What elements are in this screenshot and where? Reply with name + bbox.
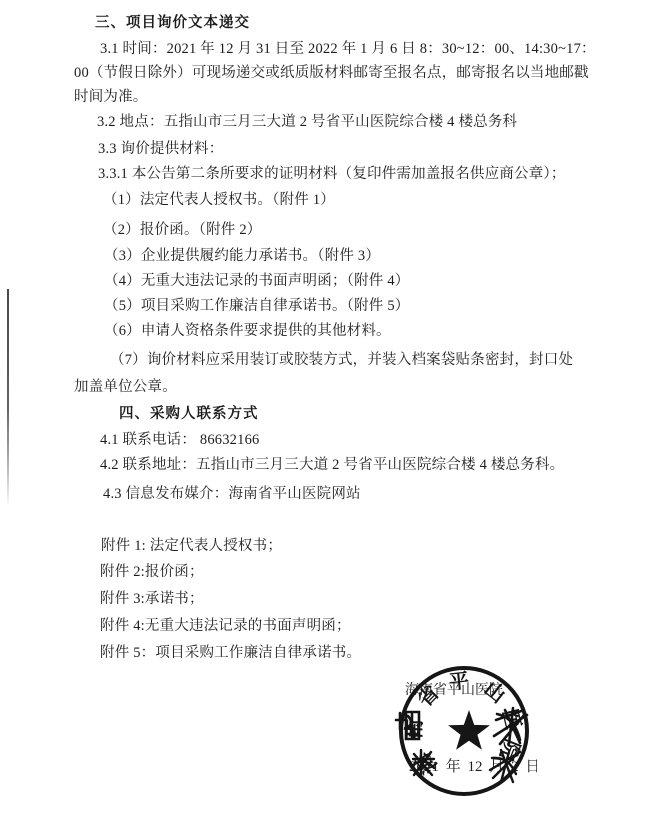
attachment-3: 附件 3:承诺书；: [100, 589, 204, 609]
item-3-2-location: 3.2 地点：五指山市三月三大道 2 号省平山医院综合楼 4 楼总务科: [97, 112, 517, 132]
item-3-1-time: 3.1 时间：2021 年 12 月 31 日至 2022 年 1 月 6 日 …: [100, 39, 596, 59]
seal-arc-char-4: 平: [448, 669, 470, 694]
attachment-5: 附件 5：项目采购工作廉洁自律承诺书。: [100, 643, 361, 663]
item-4-1-phone: 4.1 联系电话： 86632166: [100, 430, 259, 450]
subitem-7-cont: 加盖单位公章。: [74, 377, 177, 397]
attachment-2: 附件 2:报价函；: [100, 562, 204, 582]
item-3-1-cont-1: 00（节假日除外）可现场递交或纸质版材料邮寄至报名点，邮寄报名以当地邮戳: [74, 63, 589, 83]
subitem-1: （1）法定代表人授权书。（附件 1）: [103, 190, 335, 210]
item-4-3-media: 4.3 信息发布媒介：海南省平山医院网站: [103, 484, 361, 504]
subitem-3: （3）企业提供履约能力承诺书。（附件 3）: [104, 246, 380, 266]
seal-graphic: 海南省平山医院 2021 年 12 月 2 日 海 南 省 平 山 医 院: [393, 658, 537, 808]
document-page: 三、项目询价文本递交 3.1 时间：2021 年 12 月 31 日至 2022…: [0, 0, 657, 813]
section3-heading: 三、项目询价文本递交: [95, 13, 250, 33]
subitem-7: （7）询价材料应采用装订或胶装方式，并装入档案袋贴条密封，封口处: [110, 350, 573, 370]
subitem-6: （6）申请人资格条件要求提供的其他材料。: [104, 321, 391, 341]
official-seal: 海南省平山医院 2021 年 12 月 2 日 海 南 省 平 山 医 院: [393, 658, 537, 808]
subitem-5: （5）项目采购工作廉洁自律承诺书。（附件 5）: [104, 296, 409, 316]
subitem-4: （4）无重大违法记录的书面声明函；（附件 4）: [104, 271, 409, 291]
attachment-1: 附件 1: 法定代表人授权书；: [101, 536, 282, 556]
seal-star-icon: [448, 710, 490, 750]
attachment-4: 附件 4:无重大违法记录的书面声明函；: [100, 616, 351, 636]
scan-artifact-line: [7, 289, 9, 507]
section4-heading: 四、采购人联系方式: [119, 404, 259, 424]
item-4-2-address: 4.2 联系地址：五指山市三月三大道 2 号省平山医院综合楼 4 楼总务科。: [100, 455, 564, 475]
subitem-2: （2）报价函。（附件 2）: [103, 220, 261, 240]
item-3-3-1-proof: 3.3.1 本公告第二条所要求的证明材料（复印件需加盖报名供应商公章）；: [98, 164, 566, 184]
item-3-3-materials: 3.3 询价提供材料：: [98, 139, 223, 159]
item-3-1-cont-2: 时间为准。: [74, 87, 148, 107]
